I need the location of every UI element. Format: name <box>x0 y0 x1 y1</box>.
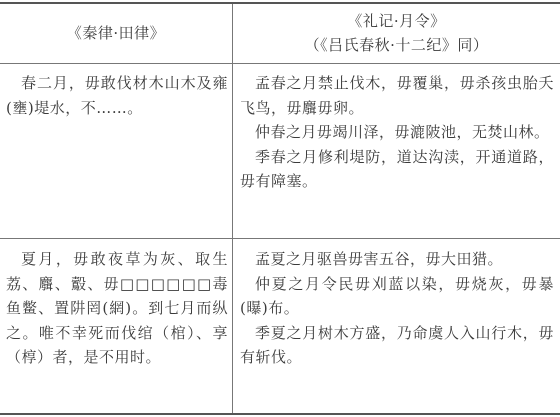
comparison-table: 《秦律·田律》 《礼记·月令》 （《吕氏春秋·十二纪》同） 春二月，毋敢伐材木山… <box>0 2 560 415</box>
header-li-ji: 《礼记·月令》 （《吕氏春秋·十二纪》同） <box>233 9 560 57</box>
row-spring-qin: 春二月，毋敢伐材木山木及雍(壅)堤水，不……。 <box>6 71 228 120</box>
paragraph-mengxia: 孟夏之月驱兽毋害五谷，毋大田猎。 <box>240 247 554 272</box>
column-divider <box>232 4 233 413</box>
paragraph-jixia: 季夏之月树木方盛，乃命虞人入山行木，毋有斩伐。 <box>240 321 554 370</box>
paragraph: 夏月，毋敢夜草为灰、取生荔、麛、鷇、毋□□□□□□毒鱼鳖、置阱罔(網)。到七月而… <box>6 247 228 370</box>
paragraph-zhongxia: 仲夏之月令民毋刈蓝以染，毋烧灰，毋暴(曝)布。 <box>240 272 554 321</box>
header-qin-lu-title: 《秦律·田律》 <box>0 21 232 45</box>
paragraph: 春二月，毋敢伐材木山木及雍(壅)堤水，不……。 <box>6 71 228 120</box>
paragraph-mengchun: 孟春之月禁止伐木，毋覆巢，毋杀孩虫胎夭飞鸟，毋麛毋卵。 <box>240 71 554 120</box>
row-spring-liji: 孟春之月禁止伐木，毋覆巢，毋杀孩虫胎夭飞鸟，毋麛毋卵。 仲春之月毋竭川泽，毋漉陂… <box>240 71 554 194</box>
paragraph-zhongchun: 仲春之月毋竭川泽，毋漉陂池，无焚山林。 <box>240 120 554 145</box>
row-summer-liji: 孟夏之月驱兽毋害五谷，毋大田猎。 仲夏之月令民毋刈蓝以染，毋烧灰，毋暴(曝)布。… <box>240 247 554 370</box>
row-summer-qin: 夏月，毋敢夜草为灰、取生荔、麛、鷇、毋□□□□□□毒鱼鳖、置阱罔(網)。到七月而… <box>6 247 228 370</box>
header-li-ji-title: 《礼记·月令》 <box>233 9 560 33</box>
header-qin-lu: 《秦律·田律》 <box>0 21 232 45</box>
header-li-ji-subtitle: （《吕氏春秋·十二纪》同） <box>233 33 560 57</box>
header-divider <box>0 63 560 64</box>
row-divider <box>0 238 560 239</box>
paragraph-jichun: 季春之月修利堤防，道达沟渎，开通道路，毋有障塞。 <box>240 145 554 194</box>
